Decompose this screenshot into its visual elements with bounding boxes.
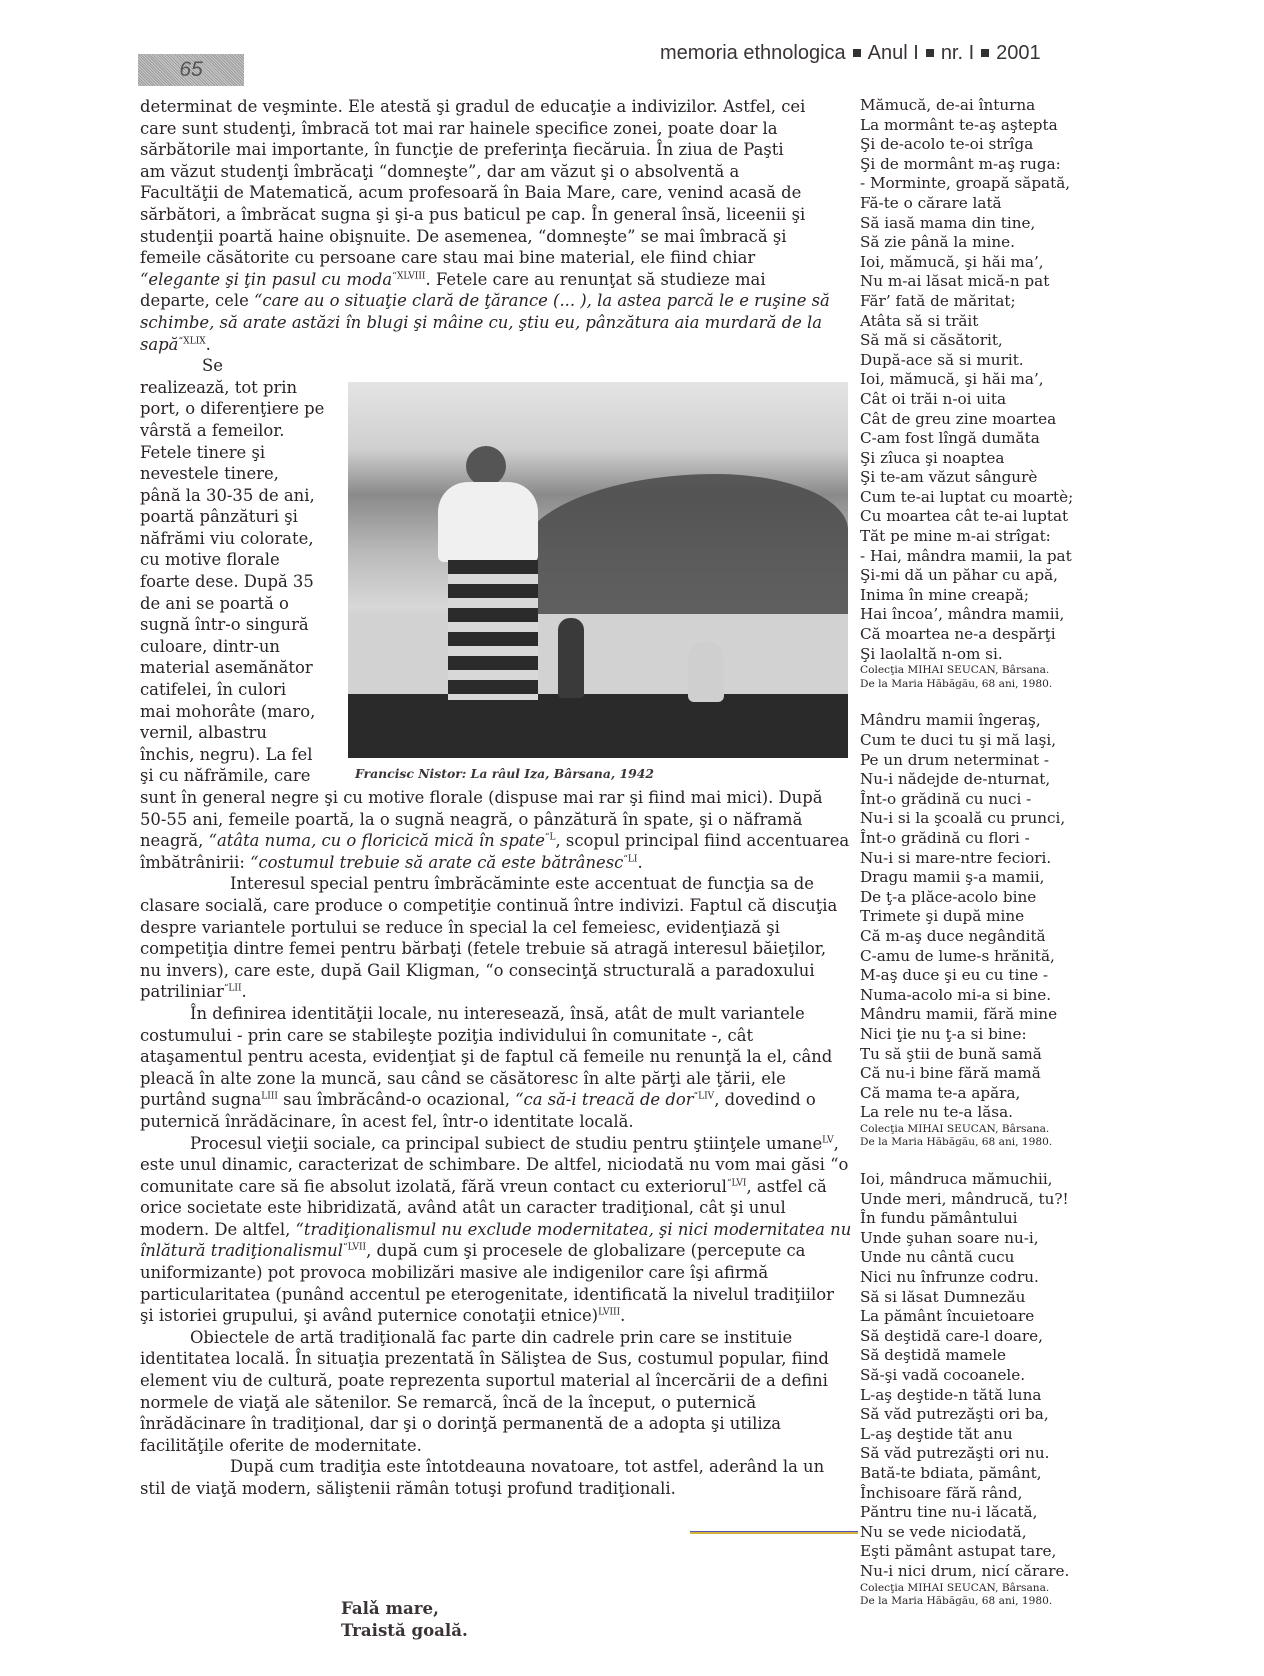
footnote-ref: “XLIX [178, 336, 205, 346]
footnote-ref: “LII [224, 984, 242, 994]
text-line: vernil, albastru [140, 722, 330, 744]
poem-line: Unde şuhan soare nu-i, [860, 1229, 1090, 1249]
poem-line: La pământ încuietoare [860, 1307, 1090, 1327]
text-line: vârstă a femeilor. [140, 420, 330, 442]
text-line: culoare, dintr-un [140, 636, 330, 658]
poem-line: Că m-aş duce negândită [860, 927, 1090, 947]
volume: Anul I [868, 42, 919, 64]
poem-line: Nu se vede niciodată, [860, 1523, 1090, 1543]
photo-striped-skirt [448, 560, 538, 700]
poem-line: Tăt pe mine m-ai strîgat: [860, 527, 1090, 547]
poem-source: De la Maria Hăbăgău, 68 ani, 1980. [860, 1136, 1090, 1150]
poem-line: Nici ţie nu ţ-a si bine: [860, 1025, 1090, 1045]
poem-line: Cum te-ai luptat cu moartè; [860, 488, 1090, 508]
poem-line: Unde nu cântă cucu [860, 1248, 1090, 1268]
square-bullet-icon [926, 49, 934, 57]
poem-line: Ioi, mândruca mămuchii, [860, 1170, 1090, 1190]
poem-line: Numa-acolo mi-a si bine. [860, 986, 1090, 1006]
poem-line: Inima în mine creapă; [860, 586, 1090, 606]
photo-woman-blouse [438, 482, 538, 562]
poem-line: Mândru mamii îngeraş, [860, 711, 1090, 731]
text-line: studenţii poartă haine obişnuite. De ase… [140, 226, 852, 248]
poem-line: Ioi, mămucă, şi hăi ma’, [860, 370, 1090, 390]
text-line: Facultăţii de Matematică, acum profesoar… [140, 182, 852, 204]
text-line: mai mohorâte (maro, [140, 701, 330, 723]
poem-line: C-am fost lîngă dumăta [860, 429, 1090, 449]
poem-line: Să iasă mama din tine, [860, 214, 1090, 234]
poem-line: Şi de mormânt m-aş ruga: [860, 155, 1090, 175]
year: 2001 [996, 42, 1041, 64]
paragraph-2-wrapped: Se realizează, tot prin port, o diferenţ… [140, 355, 330, 787]
poem-3: Ioi, mândruca mămuchii, Unde meri, mândr… [860, 1170, 1090, 1609]
photo-caption: Francisc Nistor: La râul Iza, Bârsana, 1… [355, 766, 654, 781]
poem-line: Tu să ştii de bună samă [860, 1045, 1090, 1065]
photo-ground [348, 694, 848, 758]
poem-line: Mămucă, de-ai înturna [860, 96, 1090, 116]
poem-line: Mândru mamii, fără mine [860, 1005, 1090, 1025]
poem-line: Fă-te o cărare lată [860, 194, 1090, 214]
text: . [637, 853, 642, 872]
footnote-ref: LVIII [598, 1308, 620, 1318]
poem-line: Şi te-am văzut sângurè [860, 468, 1090, 488]
quote: “elegante şi ţin pasul cu moda [140, 270, 392, 289]
text-line: determinat de veşminte. Ele atestă şi gr… [140, 96, 852, 118]
text: . [620, 1306, 625, 1325]
footnote-ref: “LIV [694, 1092, 715, 1102]
poem-line: Nu m-ai lăsat mică-n pat [860, 272, 1090, 292]
poem-line: Cu moartea cât te-ai luptat [860, 507, 1090, 527]
paragraph-3: Interesul special pentru îmbrăcăminte es… [140, 873, 852, 1003]
poem-line: Înt-o grădină cu flori - [860, 829, 1090, 849]
text-line: poartă pânzături şi [140, 506, 330, 528]
footnote-ref: “LI [623, 854, 637, 864]
poem-line: - Morminte, groapă săpată, [860, 174, 1090, 194]
text: Procesul vieţii sociale, ca principal su… [190, 1134, 822, 1153]
photo-river [348, 614, 848, 694]
poem-line: Ioi, mămucă, şi hăi ma’, [860, 253, 1090, 273]
text-line: care sunt studenţi, îmbracă tot mai rar … [140, 118, 852, 140]
text-line: năfrămi viu colorate, [140, 528, 330, 550]
page-number-text: 65 [179, 58, 202, 82]
paragraph-1: determinat de veşminte. Ele atestă şi gr… [140, 96, 852, 355]
text-line: am văzut studenţi îmbrăcaţi “domneşte”, … [140, 161, 852, 183]
text-line: până la 30-35 de ani, [140, 485, 330, 507]
poem-line: L-aş deştide tăt anu [860, 1425, 1090, 1445]
poem-line: Cât de greu zine moartea [860, 410, 1090, 430]
poem-line: Că mama te-a apăra, [860, 1084, 1090, 1104]
proverb: Falǎ mare, Traistă goală. [341, 1597, 468, 1641]
poem-line: Să mă si căsătorit, [860, 331, 1090, 351]
text-line: realizează, tot prin [140, 377, 330, 399]
poem-line: De ţ-a plăce-acolo bine [860, 888, 1090, 908]
poem-line: Să deştidă care-l doare, [860, 1327, 1090, 1347]
photo-child [688, 642, 724, 702]
poem-line: Păntru tine nu-i lăcată, [860, 1503, 1090, 1523]
quote: “ca să-i treacă de dor [515, 1090, 693, 1109]
poem-line: După-ace să si murit. [860, 351, 1090, 371]
square-bullet-icon [981, 49, 989, 57]
poem-line: Şi de-acolo te-oi strîga [860, 135, 1090, 155]
poem-line: M-aş duce şi eu cu tine - [860, 966, 1090, 986]
poem-line: Închisoare fără rând, [860, 1484, 1090, 1504]
poem-source: Colecţia MIHAI SEUCAN, Bârsana. [860, 1582, 1090, 1596]
text-line: material asemănător [140, 657, 330, 679]
text: . [242, 982, 247, 1001]
poem-line: Cum te duci tu şi mă laşi, [860, 731, 1090, 751]
poem-line: Înt-o grădină cu nuci - [860, 790, 1090, 810]
journal-title: memoria ethnologica [660, 42, 846, 64]
poem-line: Atâta să si trăit [860, 312, 1090, 332]
text-line: foarte dese. După 35 [140, 571, 330, 593]
poem-line: La rele nu te-a lăsa. [860, 1103, 1090, 1123]
poem-line: Şi zîuca şi noaptea [860, 449, 1090, 469]
poem-line: Să si lăsat Dumnezău [860, 1288, 1090, 1308]
running-header: memoria ethnologicaAnul Inr. I2001 [660, 42, 1041, 65]
poem-line: Nu-i nădejde de-nturnat, [860, 770, 1090, 790]
article-body: determinat de veşminte. Ele atestă şi gr… [140, 96, 852, 1500]
poem-line: Nu-i nici drum, nicí cărare. [860, 1562, 1090, 1582]
photo-river-iza [348, 382, 848, 758]
paragraph-5: Procesul vieţii sociale, ca principal su… [140, 1133, 852, 1327]
footnote-ref: “L [545, 833, 556, 843]
poem-line: Unde meri, mândrucă, tu?! [860, 1190, 1090, 1210]
end-rule [690, 1531, 858, 1534]
footnote-ref: “LVI [727, 1178, 747, 1188]
poem-line: Şi-mi dă un păhar cu apă, [860, 566, 1090, 586]
quote: “atâta numa, cu o floricică mică în spat… [209, 831, 545, 850]
poem-line: Dragu mamii ş-a mamii, [860, 868, 1090, 888]
poem-source: De la Maria Hăbăgău, 68 ani, 1980. [860, 678, 1090, 692]
poem-line: Bată-te bdiata, pământ, [860, 1464, 1090, 1484]
text-line: Se [140, 355, 330, 377]
footnote-ref: LV [822, 1135, 833, 1145]
poem-line: Să văd putrezăşti ori nu. [860, 1444, 1090, 1464]
poem-line: - Hai, mândra mamii, la pat [860, 547, 1090, 567]
poem-line: Să zie până la mine. [860, 233, 1090, 253]
poem-2: Mândru mamii îngeraş, Cum te duci tu şi … [860, 711, 1090, 1150]
poem-line: Hai încoa’, mândra mamii, [860, 605, 1090, 625]
poem-line: L-aş deştide-n tătă luna [860, 1386, 1090, 1406]
issue: nr. I [941, 42, 974, 64]
poem-line: Şi laolaltă n-om si. [860, 645, 1090, 665]
photo-woman-head [466, 446, 506, 486]
square-bullet-icon [853, 49, 861, 57]
poem-line: În fundu pământului [860, 1209, 1090, 1229]
text-line: femeile căsătorite cu persoane care stau… [140, 247, 852, 269]
poem-source: De la Maria Hăbăgău, 68 ani, 1980. [860, 1595, 1090, 1609]
poem-line: Eşti pământ astupat tare, [860, 1542, 1090, 1562]
proverb-line: Falǎ mare, [341, 1597, 468, 1619]
poem-line: Să-şi vadă cocoanele. [860, 1366, 1090, 1386]
text-line: cu motive florale [140, 549, 330, 571]
text-line: port, o diferenţiere pe [140, 398, 330, 420]
paragraph-2-cont: sunt în general negre şi cu motive flora… [140, 787, 852, 873]
quote: “costumul trebuie să arate că este bătrâ… [250, 853, 623, 872]
text-line: nevestele tinere, [140, 463, 330, 485]
paragraph-4: În definirea identităţii locale, nu inte… [140, 1003, 852, 1133]
page-number: 65 [138, 54, 244, 86]
footnote-ref: LIII [261, 1092, 278, 1102]
footnote-ref: “LVII [343, 1243, 366, 1253]
text-line: închis, negru). La fel [140, 744, 330, 766]
text-line: de ani se poartă o [140, 593, 330, 615]
text-line: şi cu năfrămile, care [140, 765, 330, 787]
paragraph-6: Obiectele de artă tradiţională fac parte… [140, 1327, 852, 1457]
photo-hill [518, 474, 848, 614]
poem-line: Nu-i si la şcoală cu prunci, [860, 809, 1090, 829]
text-line: sărbătorile mai importante, în funcţie d… [140, 139, 852, 161]
text-line: sugnă într-o singură [140, 614, 330, 636]
poem-line: Să văd putrezăşti ori ba, [860, 1405, 1090, 1425]
poems-column: Mămucă, de-ai înturna La mormânt te-aş a… [860, 96, 1090, 1609]
footnote-ref: “XLVIII [392, 271, 425, 281]
poem-line: Nu-i si mare-ntre feciori. [860, 849, 1090, 869]
poem-line: Că moartea ne-a despărţi [860, 625, 1090, 645]
text: . [206, 335, 211, 354]
poem-line: Făr’ fată de măritat; [860, 292, 1090, 312]
poem-source: Colecţia MIHAI SEUCAN, Bârsana. [860, 664, 1090, 678]
poem-line: Nici nu înfrunze codru. [860, 1268, 1090, 1288]
text: sau îmbrăcând-o ocazional, [278, 1090, 515, 1109]
poem-line: Să deştidă mamele [860, 1346, 1090, 1366]
poem-line: C-amu de lume-s hrănită, [860, 947, 1090, 967]
text-line: Fetele tinere şi [140, 442, 330, 464]
poem-line: Pe un drum neterminat - [860, 751, 1090, 771]
poem-line: Cât oi trăi n-oi uita [860, 390, 1090, 410]
poem-source: Colecţia MIHAI SEUCAN, Bârsana. [860, 1123, 1090, 1137]
text-line: sărbători, a îmbrăcat sugna şi şi-a pus … [140, 204, 852, 226]
photo-child [558, 618, 584, 698]
proverb-line: Traistă goală. [341, 1619, 468, 1641]
poem-line: La mormânt te-aş aştepta [860, 116, 1090, 136]
paragraph-7: După cum tradiţia este întotdeauna novat… [140, 1456, 852, 1499]
poem-line: Trimete şi după mine [860, 907, 1090, 927]
poem-1: Mămucă, de-ai înturna La mormânt te-aş a… [860, 96, 1090, 691]
text-line: catifelei, în culori [140, 679, 330, 701]
poem-line: Că nu-i bine fără mamă [860, 1064, 1090, 1084]
